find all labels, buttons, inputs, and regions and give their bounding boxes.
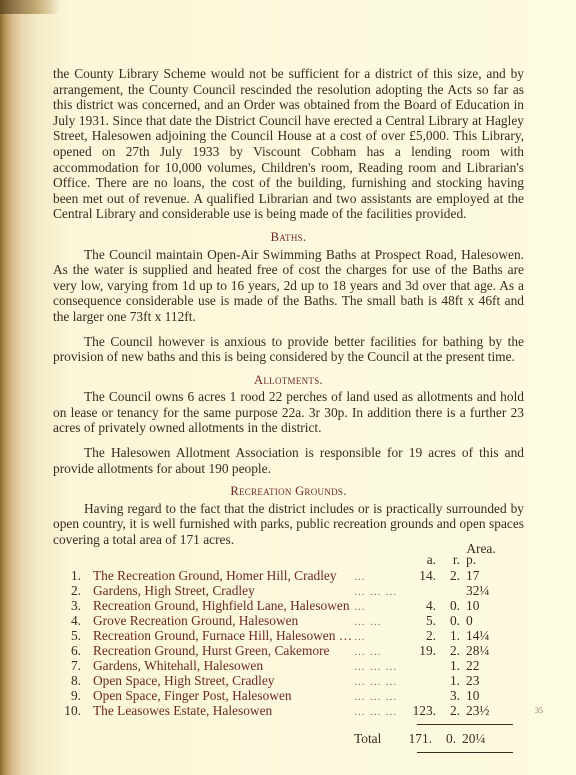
table-row: 10.The Leasowes Estate, Halesowen… … …12… (53, 703, 524, 718)
cell-r: 0. (436, 598, 460, 614)
cell-name: The Recreation Ground, Homer Hill, Cradl… (93, 568, 354, 584)
total-perches: 20¼ (456, 731, 492, 747)
cell-name: Recreation Ground, Furnace Hill, Halesow… (93, 628, 354, 644)
allotments-paragraph-1: The Council owns 6 acres 1 rood 22 perch… (53, 389, 524, 436)
cell-p: 22 (460, 658, 496, 674)
cell-dots: … (354, 630, 402, 646)
table-row: 7.Gardens, Whitehall, Halesowen… … …1.22 (53, 658, 524, 673)
cell-name: Grove Recreation Ground, Halesowen (93, 613, 354, 629)
cell-a: 5. (402, 613, 436, 629)
cell-p: 10 (460, 688, 496, 704)
cell-name: Recreation Ground, Highfield Lane, Hales… (93, 598, 354, 614)
total-rule-bottom (417, 752, 513, 754)
cell-dots: … … … (354, 675, 402, 691)
cell-p: 23½ (460, 703, 496, 719)
total-roods: 0. (432, 731, 456, 747)
cell-dots: … … … (354, 660, 402, 676)
cell-p: 14¼ (460, 628, 496, 644)
table-row: 6.Recreation Ground, Hurst Green, Cakemo… (53, 643, 524, 658)
cell-num: 10. (53, 703, 93, 719)
cell-dots: … (354, 600, 402, 616)
cell-r: 1. (436, 658, 460, 674)
cell-num: 7. (53, 658, 93, 674)
allotments-heading: Allotments. (53, 373, 524, 389)
baths-paragraph-2: The Council however is anxious to provid… (53, 334, 524, 365)
cell-dots: … (354, 570, 402, 586)
cell-p: 32¼ (460, 583, 496, 599)
cell-r: 1. (436, 673, 460, 689)
cell-num: 1. (53, 568, 93, 584)
cell-a: 123. (402, 703, 436, 719)
table-row: 4.Grove Recreation Ground, Halesowen… …5… (53, 613, 524, 628)
cell-a: 14. (402, 568, 436, 584)
library-paragraph: the County Library Scheme would not be s… (53, 66, 524, 222)
page-shadow (0, 0, 60, 14)
cell-num: 9. (53, 688, 93, 704)
cell-a: 2. (402, 628, 436, 644)
table-row: 3.Recreation Ground, Highfield Lane, Hal… (53, 598, 524, 613)
cell-name: Gardens, Whitehall, Halesowen (93, 658, 354, 674)
table-row: 8.Open Space, High Street, Cradley… … …1… (53, 673, 524, 688)
cell-r: 3. (436, 688, 460, 704)
table-row: 9.Open Space, Finger Post, Halesowen… … … (53, 688, 524, 703)
cell-name: Open Space, Finger Post, Halesowen (93, 688, 354, 704)
baths-paragraph-1: The Council maintain Open-Air Swimming B… (53, 247, 524, 325)
cell-p: 23 (460, 673, 496, 689)
cell-p: 28¼ (460, 643, 496, 659)
cell-r: 2. (436, 643, 460, 659)
cell-dots: … … (354, 645, 402, 661)
total-row: Total 171. 0. 20¼ (53, 731, 524, 746)
total-acres: 171. (398, 731, 432, 747)
cell-r: 2. (436, 568, 460, 584)
cell-a: 4. (402, 598, 436, 614)
cell-a: 19. (402, 643, 436, 659)
cell-p: 17 (460, 568, 496, 584)
table-row: 1.The Recreation Ground, Homer Hill, Cra… (53, 568, 524, 583)
cell-dots: … … … (354, 690, 402, 706)
cell-num: 2. (53, 583, 93, 599)
cell-num: 8. (53, 673, 93, 689)
cell-dots: … … (354, 615, 402, 631)
cell-r: 0. (436, 613, 460, 629)
total-rule-top (417, 724, 513, 726)
table-row: 2.Gardens, High Street, Cradley… … …32¼ (53, 583, 524, 598)
cell-num: 3. (53, 598, 93, 614)
document-page: the County Library Scheme would not be s… (53, 66, 524, 759)
cell-num: 6. (53, 643, 93, 659)
cell-name: Recreation Ground, Hurst Green, Cakemore (93, 643, 354, 659)
cell-p: 10 (460, 598, 496, 614)
col-acres: a. (402, 552, 436, 568)
cell-p: 0 (460, 613, 496, 629)
table-row: 5.Recreation Ground, Furnace Hill, Hales… (53, 628, 524, 643)
cell-name: Gardens, High Street, Cradley (93, 583, 354, 599)
baths-heading: Baths. (53, 230, 524, 246)
cell-name: The Leasowes Estate, Halesowen (93, 703, 354, 719)
cell-r: 2. (436, 703, 460, 719)
page-number: 35 (535, 706, 543, 715)
cell-num: 4. (53, 613, 93, 629)
recreation-table: Area. a. r. p. 1.The Recreation Ground, … (53, 552, 524, 759)
area-label: Area. (451, 541, 511, 557)
allotments-paragraph-2: The Halesowen Allotment Association is r… (53, 445, 524, 476)
total-label: Total (354, 731, 398, 747)
recreation-heading: Recreation Grounds. (53, 484, 524, 500)
cell-name: Open Space, High Street, Cradley (93, 673, 354, 689)
cell-r: 1. (436, 628, 460, 644)
cell-num: 5. (53, 628, 93, 644)
cell-dots: … … … (354, 585, 402, 601)
